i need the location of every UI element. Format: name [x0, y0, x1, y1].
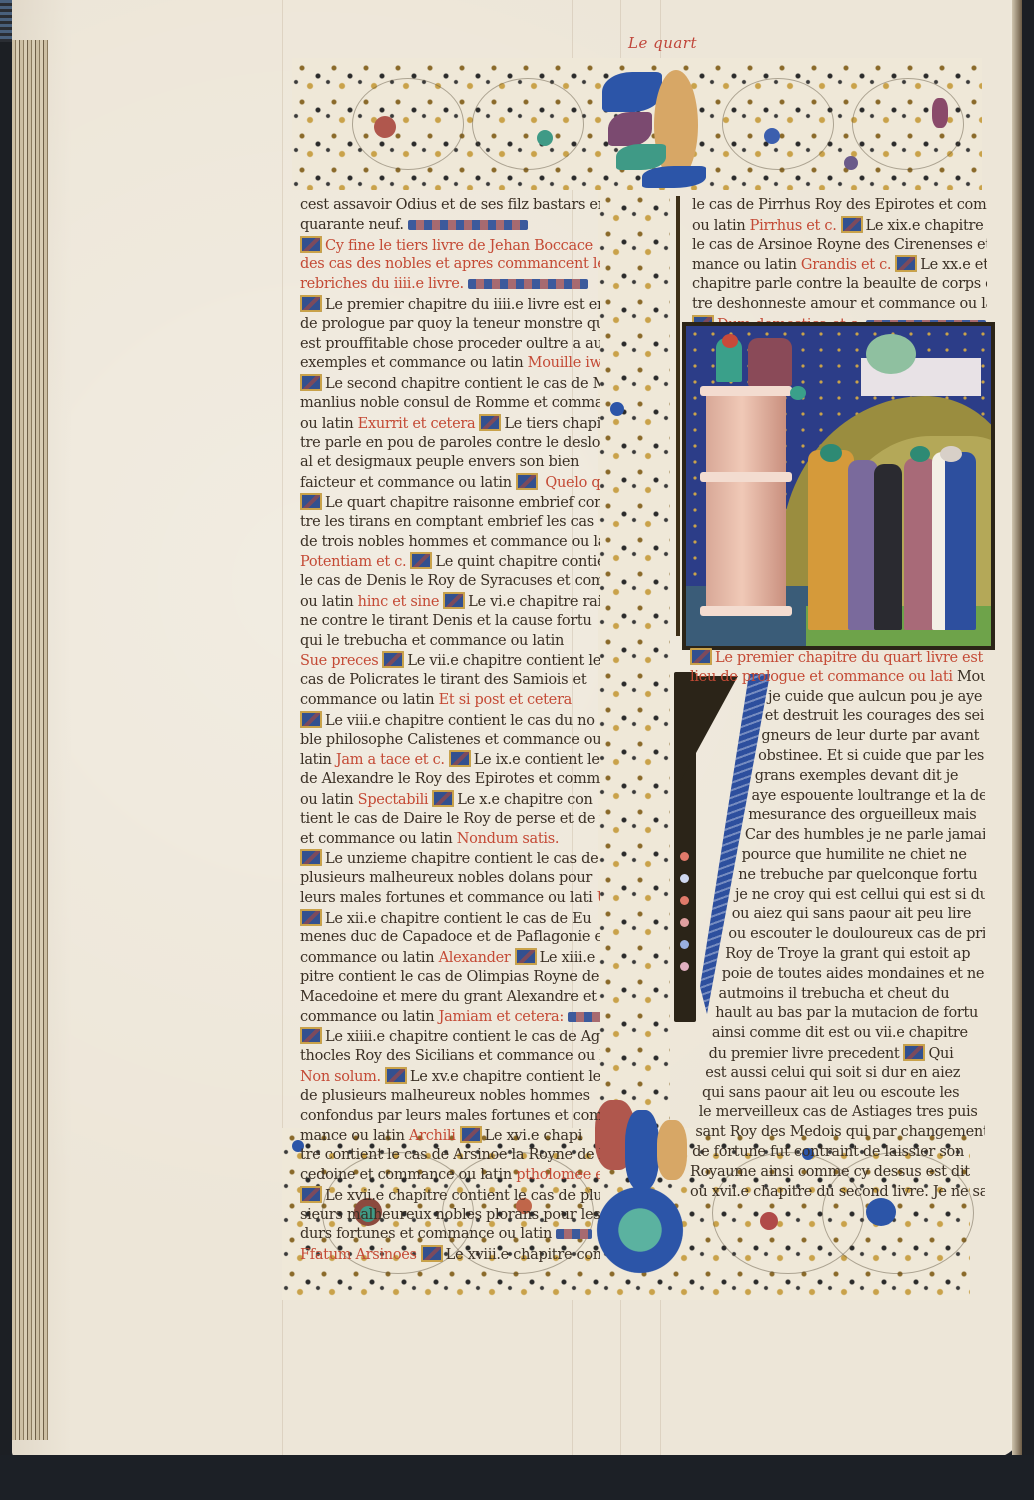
robed-man — [874, 464, 902, 630]
text-content: autmoins il trebucha et cheut du — [719, 986, 950, 1002]
turban — [910, 446, 930, 462]
text-line: et commance ou latin Nondum satis. — [300, 830, 600, 850]
text-line: latin Jam a tace et c.Le ix.e contient l… — [300, 750, 600, 770]
text-content: Le xvii.e chapitre contient le cas de pl… — [325, 1188, 600, 1204]
acanthus-leaf — [616, 144, 666, 170]
text-content: je cuide que aulcun pou je aye oste — [768, 689, 985, 705]
rubric-incipit: Ubertina — [592, 890, 600, 906]
text-content: rebriches du iiii.e livre. — [300, 276, 464, 292]
text-line: ne contre le tirant Denis et la cause fo… — [300, 612, 600, 632]
initial-frame-bar — [676, 196, 680, 636]
rubric-incipit: Grandis et c. — [797, 257, 892, 273]
text-line: je cuide que aulcun pou je aye oste — [690, 688, 985, 708]
text-line: tient le cas de Daire le Roy de perse et… — [300, 810, 600, 830]
text-line: cest assavoir Odius et de ses filz basta… — [300, 196, 600, 216]
rubric-incipit: Pirrhus et c. — [745, 218, 836, 234]
text-content: mesurance des orgueilleux mais — [748, 807, 976, 823]
text-line: autmoins il trebucha et cheut du — [690, 985, 985, 1005]
text-line: Potentiam et c.Le quint chapitre contien… — [300, 552, 600, 572]
text-content: tre contient le cas de Arsinoe la Royne … — [300, 1147, 600, 1163]
text-content: Le xvi.e chapi — [485, 1128, 582, 1144]
text-content: Le xviii.e chapitre contient — [446, 1247, 600, 1263]
figure-head — [722, 334, 738, 348]
text-content: leurs males fortunes et commance ou lati — [300, 890, 592, 906]
decorated-initial — [460, 1126, 482, 1143]
text-content: Le xix.e chapitre contie — [866, 218, 987, 234]
decorated-initial — [385, 1067, 407, 1084]
text-line: confondus par leurs males fortunes et co… — [300, 1107, 600, 1127]
text-line: qui sans paour ait leu ou escoute les — [690, 1084, 985, 1104]
text-line: mance ou latin ArchiliLe xvi.e chapi — [300, 1126, 600, 1146]
text-content: et commance ou latin — [300, 831, 452, 847]
text-line: poie de toutes aides mondaines et ne — [690, 965, 985, 985]
vine-tendril — [852, 78, 964, 170]
text-content: poie de toutes aides mondaines et ne — [722, 966, 984, 982]
decorated-initial — [443, 592, 465, 609]
text-line: Le viii.e chapitre contient le cas du no — [300, 711, 600, 731]
text-content: pource que humilite ne chiet ne — [742, 847, 967, 863]
text-content: Le quart chapitre raisonne embrief con — [325, 495, 600, 511]
text-line: aye espouente loultrange et la des — [690, 787, 985, 807]
text-content: ainsi comme dit est ou vii.e chapitre — [712, 1025, 968, 1041]
text-line: al et desigmaux peuple envers son bien — [300, 453, 600, 473]
text-content: plusieurs malheureux nobles dolans pour — [300, 870, 592, 886]
text-content: al et desigmaux peuple envers son bien — [300, 454, 579, 470]
text-content: mance ou latin — [692, 257, 797, 273]
rubric-incipit: Et si post et cetera — [434, 692, 572, 708]
text-content: tre les tirans en comptant embrief les c… — [300, 514, 594, 530]
text-content: qui sans paour ait leu ou escoute les — [702, 1085, 959, 1101]
decorated-initial — [421, 1245, 443, 1262]
decorated-initial — [410, 552, 432, 569]
decorated-initial — [300, 711, 322, 728]
text-line: je ne croy qui est cellui qui est si dur — [690, 886, 985, 906]
text-line: Le second chapitre contient le cas de Ma… — [300, 374, 600, 394]
text-content: ne trebuche par quelconque fortu — [738, 867, 977, 883]
decorated-initial — [300, 295, 322, 312]
acanthus-initial-top — [596, 66, 716, 188]
text-line: tre deshonneste amour et commance ou lat… — [692, 295, 987, 315]
text-line: leurs males fortunes et commance ou lati… — [300, 889, 600, 909]
rubric-incipit: Alexander — [434, 950, 510, 966]
decorated-initial — [515, 948, 537, 965]
trefoil-icon — [537, 130, 553, 146]
text-line: Non solum.Le xv.e chapitre contient le c… — [300, 1067, 600, 1087]
tower-band — [700, 606, 792, 616]
text-line: plusieurs malheureux nobles dolans pour — [300, 869, 600, 889]
text-line: hault au bas par la mutacion de fortu — [690, 1004, 985, 1024]
text-line: tre parle en pou de paroles contre le de… — [300, 434, 600, 454]
text-line: Car des humbles je ne parle jamais — [690, 826, 985, 846]
flower-icon — [374, 116, 396, 138]
ornament-dot — [680, 918, 689, 927]
decorated-initial — [300, 1027, 322, 1044]
text-content: tient le cas de Daire le Roy de perse et… — [300, 811, 600, 827]
line-filler — [468, 279, 588, 289]
tower — [706, 386, 786, 616]
turban — [820, 444, 842, 462]
text-content: Macedoine et mere du grant Alexandre et — [300, 989, 597, 1005]
text-line: menes duc de Capadoce et de Paflagonie e… — [300, 928, 600, 948]
vine-tendril — [352, 78, 464, 170]
ornament-dot — [680, 962, 689, 971]
text-line: rebriches du iiii.e livre. — [300, 275, 600, 295]
text-line: le cas de Arsinoe Royne des Cirenenses e… — [692, 236, 987, 256]
acanthus-leaf — [657, 1120, 687, 1180]
line-filler — [408, 220, 528, 230]
text-line: cas de Policrates le tirant des Samiois … — [300, 671, 600, 691]
text-line: Royaume ainsi comme cy dessus est dit — [690, 1163, 985, 1183]
text-content: le cas de Denis le Roy de Syracuses et c… — [300, 573, 600, 589]
text-content: Le viii.e chapitre contient le cas du no — [325, 713, 595, 729]
text-content: Le second chapitre contient le cas de Ma… — [325, 376, 600, 392]
text-line: lieu de prologue et commance ou lati Mou… — [690, 668, 985, 688]
text-line: le cas de Denis le Roy de Syracuses et c… — [300, 572, 600, 592]
text-content: pitre contient le cas de Olimpias Royne … — [300, 969, 599, 985]
tree — [866, 334, 916, 374]
text-line: ne trebuche par quelconque fortu — [690, 866, 985, 886]
text-content: commance ou latin — [300, 1009, 434, 1025]
text-line: thocles Roy des Sicilians et commance ou… — [300, 1047, 600, 1067]
text-line: mesurance des orgueilleux mais — [690, 806, 985, 826]
text-content: ou escouter le douloureux cas de pria — [728, 926, 985, 942]
text-content: le cas de Arsinoe Royne des Cirenenses e… — [692, 237, 987, 253]
text-content: Le vii.e chapitre contient le — [407, 653, 600, 669]
figure-head — [790, 386, 806, 400]
tower-band — [700, 386, 792, 396]
text-line: Le quart chapitre raisonne embrief con — [300, 493, 600, 513]
text-line: tre contient le cas de Arsinoe la Royne … — [300, 1146, 600, 1166]
decorated-initial — [432, 790, 454, 807]
right-text-column-bottom: Le premier chapitre du quart livre est e… — [690, 648, 985, 1202]
text-content: Car des humbles je ne parle jamais — [745, 827, 985, 843]
page-edges — [12, 40, 48, 1440]
text-content: faicteur et commance ou latin — [300, 475, 512, 491]
text-content: Le ix.e contient le cas — [474, 752, 600, 768]
text-line: manlius noble consul de Romme et commanc… — [300, 394, 600, 414]
text-line: exemples et commance ou latin Mouille iw… — [300, 354, 600, 374]
text-line: Le xii.e chapitre contient le cas de Eu — [300, 909, 600, 929]
text-content: est prouffitable chose proceder oultre a… — [300, 336, 600, 352]
acanthus-leaf — [625, 1110, 659, 1190]
text-line: faicteur et commance ou latin Quelo qui — [300, 473, 600, 493]
text-content: Le quint chapitre contient — [435, 554, 600, 570]
text-content: ne contre le tirant Denis et la cause fo… — [300, 613, 591, 629]
text-content: ou xvii.e chapitre du second livre. Je n… — [690, 1184, 985, 1200]
right-text-column-top: le cas de Pirrhus Roy des Epirotes et co… — [692, 196, 987, 335]
text-content: exemples et commance ou latin — [300, 355, 523, 371]
text-content: des cas des nobles et apres commancent l… — [300, 256, 600, 272]
text-line: du premier livre precedentQui — [690, 1044, 985, 1064]
text-content: Le premier chapitre du iiii.e livre est … — [325, 297, 600, 313]
acanthus-leaf — [608, 112, 652, 146]
text-line: de Alexandre le Roy des Epirotes et comm… — [300, 770, 600, 790]
text-line: de plusieurs malheureux nobles hommes — [300, 1087, 600, 1107]
text-content: Roy de Troye la grant qui estoit ap — [725, 946, 970, 962]
text-content: grans exemples devant dit je — [755, 768, 958, 784]
text-content: latin — [300, 752, 332, 768]
text-content: je ne croy qui est cellui qui est si dur — [735, 887, 985, 903]
text-content: Mouille — [953, 669, 985, 685]
line-filler — [568, 1012, 600, 1022]
rubric-incipit: Sue preces — [300, 653, 378, 669]
text-content: qui le trebucha et commance ou latin — [300, 633, 564, 649]
text-content: ou latin — [300, 792, 353, 808]
rubric-incipit: Archili — [405, 1128, 456, 1144]
tower-band — [700, 472, 792, 482]
text-line: Ffatum ArsinoesLe xviii.e chapitre conti… — [300, 1245, 600, 1265]
text-content: Le tiers chapi — [504, 416, 600, 432]
rubric-incipit: Potentiam et c. — [300, 554, 406, 570]
text-line: Macedoine et mere du grant Alexandre et — [300, 988, 600, 1008]
text-line: de trois nobles hommes et commance ou la… — [300, 533, 600, 553]
decorated-initial — [841, 216, 863, 233]
text-line: chapitre parle contre la beaulte de corp… — [692, 275, 987, 295]
text-line: ou latin Pirrhus et c.Le xix.e chapitre … — [692, 216, 987, 236]
text-line: pitre contient le cas de Olimpias Royne … — [300, 968, 600, 988]
decorated-initial — [895, 255, 917, 272]
falling-figure — [748, 338, 792, 386]
text-content: de prologue par quoy la teneur monstre q… — [300, 316, 600, 332]
decorated-initial — [382, 651, 404, 668]
text-line: qui le trebucha et commance ou latin — [300, 632, 600, 652]
text-content: commance ou latin — [300, 950, 434, 966]
text-content: confondus par leurs males fortunes et co… — [300, 1108, 600, 1124]
text-line: Cy fine le tiers livre de Jehan Boccace — [300, 236, 600, 256]
text-content: hault au bas par la mutacion de fortu — [715, 1005, 978, 1021]
text-content: menes duc de Capadoce et de Paflagonie e… — [300, 929, 600, 945]
text-line: commance ou latin AlexanderLe xiii.e cha — [300, 948, 600, 968]
green-spray — [585, 1185, 695, 1275]
rubric-incipit: Jamiam et cetera: — [434, 1009, 564, 1025]
text-line: sant Roy des Medois qui par changement — [690, 1123, 985, 1143]
text-line: ou latin hinc et sineLe vi.e chapitre ra… — [300, 592, 600, 612]
text-line: Le premier chapitre du quart livre est e… — [690, 648, 985, 668]
text-line: ou escouter le douloureux cas de pria — [690, 925, 985, 945]
text-content: Le xiiii.e chapitre contient le cas de A… — [325, 1029, 600, 1045]
line-filler — [556, 1229, 592, 1239]
decorated-initial — [300, 374, 322, 391]
rubric-incipit: Jam a tace et c. — [332, 752, 445, 768]
text-content: est aussi celui qui soit si dur en aiez — [705, 1065, 960, 1081]
text-content: Le xx.e et derrenier — [920, 257, 987, 273]
rubric-incipit: lieu de prologue et commance ou lati — [690, 669, 953, 685]
text-line: pource que humilite ne chiet ne — [690, 846, 985, 866]
text-content: durs fortunes et commance ou latin — [300, 1226, 552, 1242]
decorated-initial — [516, 473, 538, 490]
text-line: sieurs malheureux nobles plorans pour le… — [300, 1206, 600, 1226]
rubric-incipit: Nondum satis. — [452, 831, 559, 847]
text-line: Le unzieme chapitre contient le cas de — [300, 849, 600, 869]
ornament-dot — [680, 852, 689, 861]
text-content: tre deshonneste amour et commance ou lat… — [692, 296, 987, 312]
text-content: thocles Roy des Sicilians et commance ou… — [300, 1048, 600, 1064]
text-line: des cas des nobles et apres commancent l… — [300, 255, 600, 275]
text-content: ou latin — [692, 218, 745, 234]
rubric-incipit: Non solum. — [300, 1069, 381, 1085]
text-content: Royaume ainsi comme cy dessus est dit — [690, 1164, 970, 1180]
rubric-incipit: Spectabili — [353, 792, 428, 808]
text-line: Sue precesLe vii.e chapitre contient le — [300, 651, 600, 671]
text-line: mance ou latin Grandis et c.Le xx.e et d… — [692, 255, 987, 275]
decorated-initial — [300, 909, 322, 926]
text-content: manlius noble consul de Romme et commanc… — [300, 395, 600, 411]
text-content: Le xiii.e cha — [540, 950, 600, 966]
text-line: le merveilleux cas de Astiages tres puis — [690, 1103, 985, 1123]
text-line: Le premier chapitre du iiii.e livre est … — [300, 295, 600, 315]
vine-tendril — [472, 78, 584, 170]
turban — [940, 446, 962, 462]
text-content: gneurs de leur durte par avant — [761, 728, 979, 744]
text-line: Le xiiii.e chapitre contient le cas de A… — [300, 1027, 600, 1047]
decorated-initial — [300, 236, 322, 253]
text-content: Le x.e chapitre con — [457, 792, 592, 808]
flower-icon — [844, 156, 858, 170]
text-line: Le xvii.e chapitre contient le cas de pl… — [300, 1186, 600, 1206]
text-content: de Alexandre le Roy des Epirotes et comm… — [300, 771, 600, 787]
text-content: et destruit les courages des sei — [765, 708, 984, 724]
rubric-incipit: Mouille iwz — [523, 355, 600, 371]
text-content: Le xv.e chapitre contient le cas — [410, 1069, 600, 1085]
text-line: durs fortunes et commance ou latin — [300, 1225, 600, 1245]
vine-tendril — [722, 78, 834, 170]
text-line: ainsi comme dit est ou vii.e chapitre — [690, 1024, 985, 1044]
text-content: ou latin — [300, 594, 353, 610]
flower-icon — [760, 1212, 778, 1230]
text-content: cest assavoir Odius et de ses filz basta… — [300, 197, 600, 213]
text-line: de prologue par quoy la teneur monstre q… — [300, 315, 600, 335]
text-line: de fortune fut contraint de laissier son — [690, 1143, 985, 1163]
text-line: gneurs de leur durte par avant — [690, 727, 985, 747]
rubric-incipit: Quelo qui — [541, 475, 600, 491]
text-line: grans exemples devant dit je — [690, 767, 985, 787]
text-content: tre parle en pou de paroles contre le de… — [300, 435, 600, 451]
acanthus-leaf — [602, 72, 662, 112]
text-content: sant Roy des Medois qui par changement — [695, 1124, 985, 1140]
rubric-incipit: Le premier chapitre du quart livre est e… — [715, 650, 985, 666]
decorated-initial — [300, 1186, 322, 1203]
running-head: Le quart — [628, 34, 697, 52]
text-line: cedoine et commance ou latin ptholomee e… — [300, 1166, 600, 1186]
text-content: aye espouente loultrange et la des — [752, 788, 986, 804]
flower-icon — [610, 402, 624, 416]
text-line: ble philosophe Calistenes et commance ou — [300, 731, 600, 751]
text-content: quarante neuf. — [300, 217, 404, 233]
flower-icon — [764, 128, 780, 144]
text-content: ou aiez qui sans paour ait peu lire — [732, 906, 971, 922]
text-line: obstinee. Et si cuide que par les — [690, 747, 985, 767]
robed-man-ermine — [932, 452, 976, 630]
text-content: Qui — [928, 1046, 953, 1062]
text-content: Le xii.e chapitre contient le cas de Eu — [325, 911, 591, 927]
ornament-dot — [680, 896, 689, 905]
decorated-initial — [300, 493, 322, 510]
text-line: ou latin Exurrit et ceteraLe tiers chapi — [300, 414, 600, 434]
acanthus-leaf — [642, 166, 706, 188]
text-content: sieurs malheureux nobles plorans pour le… — [300, 1207, 600, 1223]
text-content: obstinee. Et si cuide que par les — [758, 748, 984, 764]
decorated-initial — [479, 414, 501, 431]
left-text-column: cest assavoir Odius et de ses filz basta… — [300, 196, 600, 1265]
text-line: Roy de Troye la grant qui estoit ap — [690, 945, 985, 965]
miniature-painting — [682, 322, 995, 650]
text-line: ou xvii.e chapitre du second livre. Je n… — [690, 1183, 985, 1203]
text-line: commance ou latin Et si post et cetera — [300, 691, 600, 711]
decorated-initial — [690, 648, 712, 665]
text-content: commance ou latin — [300, 692, 434, 708]
ornament-dot — [680, 874, 689, 883]
decorated-initial — [300, 849, 322, 866]
text-content: Cy fine le tiers livre de Jehan Boccace — [325, 238, 593, 254]
text-line: ou aiez qui sans paour ait peu lire — [690, 905, 985, 925]
decorated-initial — [449, 750, 471, 767]
text-line: est prouffitable chose proceder oultre a… — [300, 335, 600, 355]
text-content: ble philosophe Calistenes et commance ou — [300, 732, 600, 748]
rubric-incipit: Ffatum Arsinoes — [300, 1247, 417, 1263]
text-line: quarante neuf. — [300, 216, 600, 236]
text-content: cas de Policrates le tirant des Samiois … — [300, 672, 586, 688]
page-right-edge — [1012, 0, 1022, 1458]
text-content: de trois nobles hommes et commance ou la… — [300, 534, 600, 550]
text-content: Le vi.e chapitre raiso — [468, 594, 600, 610]
flower-icon — [932, 98, 948, 128]
text-content: de plusieurs malheureux nobles hommes — [300, 1088, 590, 1104]
text-content: mance ou latin — [300, 1128, 405, 1144]
decorated-initial — [903, 1044, 925, 1061]
rubric-incipit: hinc et sine — [353, 594, 439, 610]
text-content: le cas de Pirrhus Roy des Epirotes et co… — [692, 197, 987, 213]
text-content: chapitre parle contre la beaulte de corp… — [692, 276, 987, 292]
text-line: tre les tirans en comptant embrief les c… — [300, 513, 600, 533]
text-content: Le unzieme chapitre contient le cas de — [325, 851, 598, 867]
text-content: du premier livre precedent — [709, 1046, 900, 1062]
text-content: ou latin — [300, 416, 353, 432]
text-line: commance ou latin Jamiam et cetera: — [300, 1008, 600, 1028]
text-content: le merveilleux cas de Astiages tres puis — [699, 1104, 978, 1120]
photo-background — [0, 1455, 1034, 1500]
text-line: est aussi celui qui soit si dur en aiez — [690, 1064, 985, 1084]
text-line: ou latin SpectabiliLe x.e chapitre con — [300, 790, 600, 810]
ornament-dot — [680, 940, 689, 949]
text-line: et destruit les courages des sei — [690, 707, 985, 727]
text-content: de fortune fut contraint de laissier son — [692, 1144, 964, 1160]
rubric-incipit: Exurrit et cetera — [353, 416, 475, 432]
text-line: le cas de Pirrhus Roy des Epirotes et co… — [692, 196, 987, 216]
text-content: cedoine et commance ou latin — [300, 1167, 512, 1183]
rubric-incipit: ptholomee et c. — [512, 1167, 600, 1183]
